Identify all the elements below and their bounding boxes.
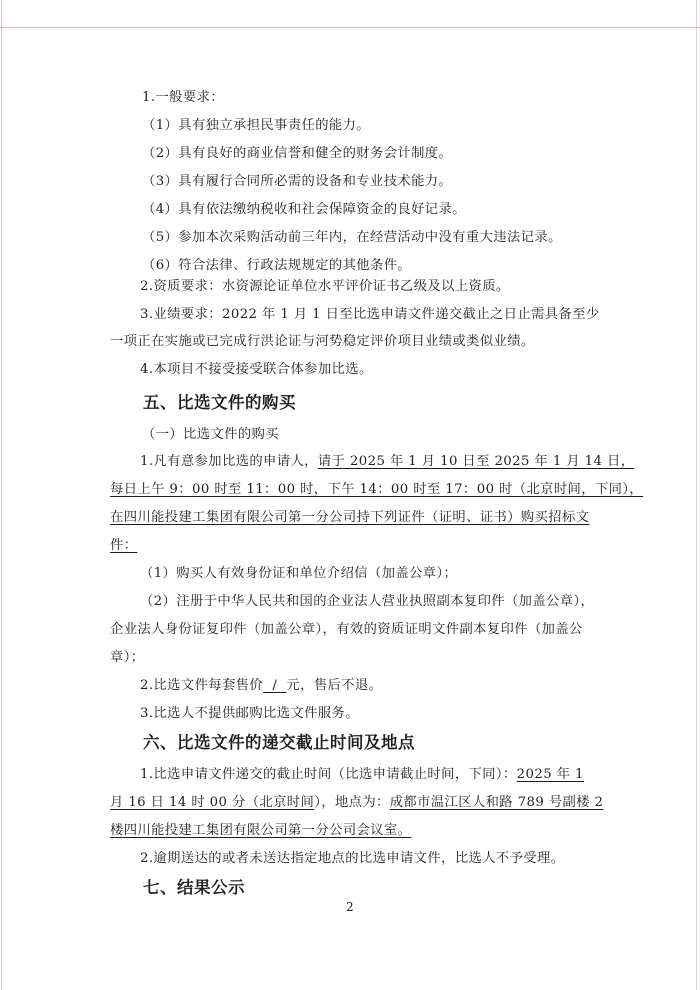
deadline-address: 成都市温江区人和路 789 号副楼 2 (390, 795, 604, 810)
requirement-1: （1）具有独立承担民事责任的能力。 (142, 117, 370, 135)
document-price: 2.比选文件每套售价 / 元，售后不退。 (140, 677, 382, 695)
required-document-2-line2: 企业法人身份证复印件（加盖公章），有效的资质证明文件副本复印件（加盖公 (110, 621, 583, 639)
purchase-location-end: 件： (110, 537, 137, 555)
header-rule (0, 27, 700, 28)
required-document-2-line1: （2）注册于中华人民共和国的企业法人营业执照副本复印件（加盖公章）， (140, 593, 594, 611)
deadline-date-end: 月 16 日 14 时 00 分（北京时间 (110, 795, 314, 810)
required-document-1: （1）购买人有效身份证和单位介绍信（加盖公章）； (140, 565, 457, 583)
purchase-location: 在四川能投建工集团有限公司第一分公司持下列证件（证明、证书）购买招标文 (110, 509, 589, 527)
deadline-date-start: 2025 年 1 (517, 767, 584, 782)
deadline-line1: 1.比选申请文件递交的截止时间（比选申请截止时间，下同）：2025 年 1 (140, 766, 584, 784)
section-5-heading: 五、比选文件的购买 (143, 392, 296, 414)
no-mail-order: 3.比选人不提供邮购比选文件服务。 (140, 705, 359, 723)
consortium-clause: 4.本项目不接受接受联合体参加比选。 (140, 361, 373, 379)
page-right-border (696, 0, 697, 990)
requirement-4: （4）具有依法缴纳税收和社会保障资金的良好记录。 (142, 201, 466, 219)
qualification-requirement: 2.资质要求：水资源论证单位水平评价证书乙级及以上资质。 (140, 278, 510, 296)
requirement-6: （6）符合法律、行政法规规定的其他条件。 (142, 257, 411, 275)
late-submission-clause: 2.逾期送达的或者未送达指定地点的比选申请文件，比选人不予受理。 (140, 850, 564, 868)
purchase-item-1-prefix: 1.凡有意参加比选的申请人， (140, 454, 318, 469)
section-5-subheading: （一）比选文件的购买 (142, 426, 279, 444)
purchase-period-dates: 请于 2025 年 1 月 10 日至 2025 年 1 月 14 日， (318, 454, 635, 469)
requirement-2: （2）具有良好的商业信誉和健全的财务会计制度。 (142, 145, 452, 163)
deadline-prefix: 1.比选申请文件递交的截止时间（比选申请截止时间，下同）： (140, 767, 517, 782)
purchase-item-1-line1: 1.凡有意参加比选的申请人，请于 2025 年 1 月 10 日至 2025 年… (140, 453, 634, 471)
page-left-border (1, 0, 2, 990)
section-7-heading: 七、结果公示 (143, 877, 245, 899)
deadline-address-end: 楼四川能投建工集团有限公司第一分公司会议室。 (110, 822, 411, 840)
document-page: 1.一般要求： （1）具有独立承担民事责任的能力。 （2）具有良好的商业信誉和健… (0, 0, 700, 990)
section-6-heading: 六、比选文件的递交截止时间及地点 (143, 732, 415, 754)
required-document-2-line3: 章）； (110, 649, 144, 667)
price-suffix: 元，售后不退。 (286, 678, 382, 693)
requirement-3: （3）具有履行合同所必需的设备和专业技术能力。 (142, 173, 452, 191)
price-prefix: 2.比选文件每套售价 (140, 678, 263, 693)
deadline-line2: 月 16 日 14 时 00 分（北京时间），地点为：成都市温江区人和路 789… (110, 794, 603, 812)
performance-requirement-line2: 一项正在实施或已完成行洪论证与河势稳定评价项目业绩或类似业绩。 (110, 333, 535, 351)
performance-requirement-line1: 3.业绩要求：2022 年 1 月 1 日至比选申请文件递交截止之日止需具备至少 (140, 306, 600, 324)
general-requirements-label: 1.一般要求： (142, 89, 224, 107)
purchase-period-hours: 每日上午 9：00 时至 11：00 时，下午 14：00 时至 17：00 时… (110, 481, 643, 499)
price-value: / (263, 678, 286, 693)
deadline-location-label: ），地点为： (314, 795, 390, 810)
requirement-5: （5）参加本次采购活动前三年内，在经营活动中没有重大违法记录。 (142, 229, 562, 247)
page-number: 2 (346, 900, 354, 914)
